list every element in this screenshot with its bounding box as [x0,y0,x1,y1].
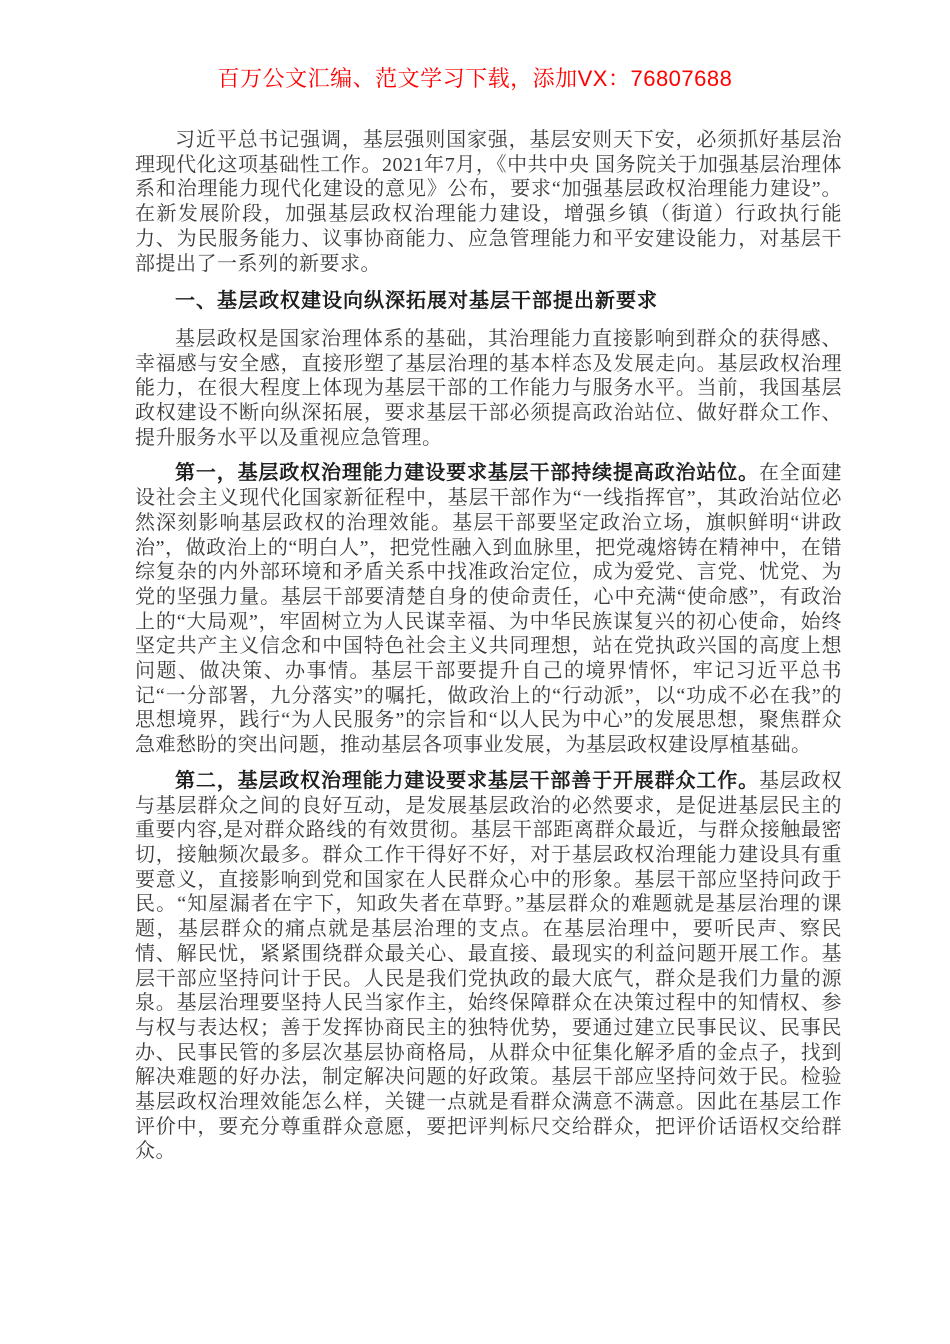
paragraph-intro: 习近平总书记强调，基层强则国家强，基层安则天下安，必须抓好基层治理现代化这项基础… [135,128,842,276]
section-heading: 一、基层政权建设向纵深拓展对基层干部提出新要求 [135,289,842,314]
point-1-body: 在全面建设社会主义现代化国家新征程中，基层干部作为“一线指挥官”，其政治站位必然… [135,462,842,756]
point-1-lead: 第一，基层政权治理能力建设要求基层干部持续提高政治站位。 [175,462,759,484]
paragraph-point-1: 第一，基层政权治理能力建设要求基层干部持续提高政治站位。在全面建设社会主义现代化… [135,461,842,757]
point-2-body: 基层政权与基层群众之间的良好互动，是发展基层政治的必然要求，是促进基层民主的重要… [135,770,842,1163]
promo-header-text: 百万公文汇编、范文学习下载，添加VX：76807688 [0,0,950,92]
document-body: 习近平总书记强调，基层强则国家强，基层安则天下安，必须抓好基层治理现代化这项基础… [135,128,842,1164]
document-page: 百万公文汇编、范文学习下载，添加VX：76807688 习近平总书记强调，基层强… [0,0,950,1344]
point-2-lead: 第二，基层政权治理能力建设要求基层干部善于开展群众工作。 [175,770,759,792]
paragraph-point-2: 第二，基层政权治理能力建设要求基层干部善于开展群众工作。基层政权与基层群众之间的… [135,769,842,1164]
paragraph-section-intro: 基层政权是国家治理体系的基础，其治理能力直接影响到群众的获得感、幸福感与安全感，… [135,327,842,451]
